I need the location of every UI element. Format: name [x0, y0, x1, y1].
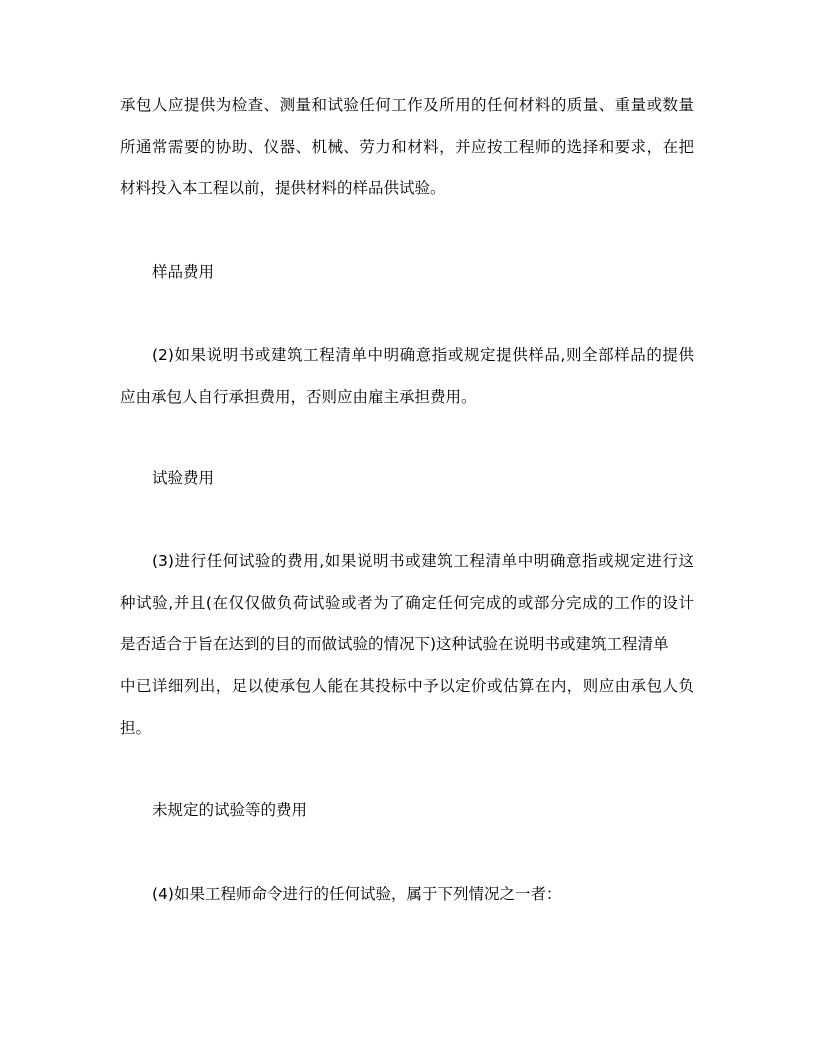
- paragraph-1-line-1: 承包人应提供为检查、测量和试验任何工作及所用的任何材料的质量、重量或数量: [120, 95, 694, 115]
- section-heading-sample-costs: 样品费用: [152, 262, 214, 282]
- paragraph-3-line-1: (3)进行任何试验的费用,如果说明书或建筑工程清单中明确意指或规定进行这: [152, 551, 694, 571]
- paragraph-3-line-2: 种试验,并且(在仅仅做负荷试验或者为了确定任何完成的或部分完成的工作的设计: [120, 593, 694, 613]
- section-heading-unspecified-test-costs: 未规定的试验等的费用: [152, 800, 307, 820]
- section-heading-test-costs: 试验费用: [152, 468, 214, 488]
- paragraph-2-line-1: (2)如果说明书或建筑工程清单中明确意指或规定提供样品,则全部样品的提供: [152, 345, 694, 365]
- paragraph-3-line-5: 担。: [120, 718, 694, 738]
- document-page: 承包人应提供为检查、测量和试验任何工作及所用的任何材料的质量、重量或数量 所通常…: [0, 0, 816, 1056]
- paragraph-4-line-1: (4)如果工程师命令进行的任何试验，属于下列情况之一者：: [152, 884, 694, 904]
- paragraph-3-line-4: 中已详细列出，足以使承包人能在其投标中予以定价或估算在内，则应由承包人负: [120, 676, 694, 696]
- paragraph-1-line-3: 材料投入本工程以前，提供材料的样品供试验。: [120, 178, 694, 198]
- paragraph-1-line-2: 所通常需要的协助、仪器、机械、劳力和材料，并应按工程师的选择和要求，在把: [120, 137, 694, 157]
- paragraph-3-line-3: 是否适合于旨在达到的目的而做试验的情况下)这种试验在说明书或建筑工程清单: [120, 634, 694, 654]
- paragraph-2-line-2: 应由承包人自行承担费用，否则应由雇主承担费用。: [120, 387, 694, 407]
